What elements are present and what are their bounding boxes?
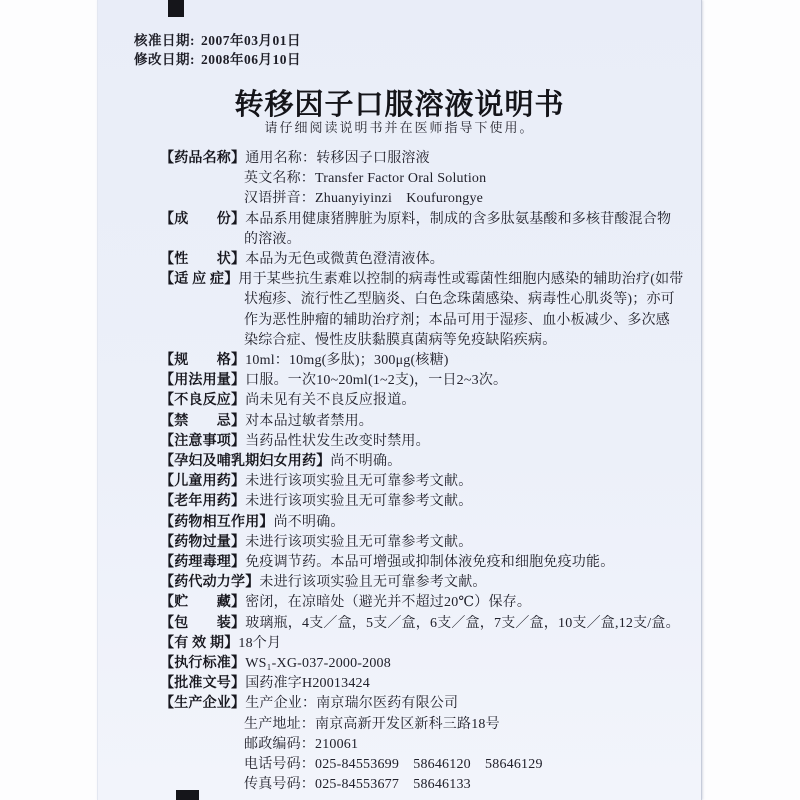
section-label: 【老年用药】 xyxy=(160,494,245,509)
section-pregnancy: 【孕妇及哺乳期妇女用药】尚不明确。 xyxy=(160,452,684,472)
date-block: 核准日期:2007年03月01日 修改日期:2008年06月10日 xyxy=(134,31,301,69)
section-line: 未进行该项实验且无可靠参考文献。 xyxy=(245,474,472,489)
section-line: 英文名称：Transfer Factor Oral Solution xyxy=(244,171,486,186)
section-description: 【性 状】本品为无色或微黄色澄清液体。 xyxy=(160,250,684,270)
section-label: 【适 应 症】 xyxy=(160,272,238,287)
section-geriatric: 【老年用药】未进行该项实验且无可靠参考文献。 xyxy=(160,492,684,512)
sections: 【药品名称】通用名称：转移因子口服溶液英文名称：Transfer Factor … xyxy=(160,149,684,796)
section-label: 【用法用量】 xyxy=(160,373,245,388)
section-pharmacology: 【药理毒理】免疫调节药。本品可增强或抑制体液免疫和细胞免疫功能。 xyxy=(160,553,684,573)
section-line: 本品系用健康猪脾脏为原料，制成的含多肽氨基酸和多核苷酸混合物的溶液。 xyxy=(244,212,671,247)
section-label: 【儿童用药】 xyxy=(160,474,245,489)
section-line: 传真号码：025-84553677 58646133 xyxy=(244,777,471,792)
section-line: 本品为无色或微黄色澄清液体。 xyxy=(245,252,444,267)
section-pediatric: 【儿童用药】未进行该项实验且无可靠参考文献。 xyxy=(160,472,684,492)
section-label: 【包 装】 xyxy=(160,616,245,631)
section-storage: 【贮 藏】密闭，在凉暗处（避光并不超过20℃）保存。 xyxy=(160,593,684,613)
section-line: 未进行该项实验且无可靠参考文献。 xyxy=(245,535,472,550)
section-line: 国药准字H20013424 xyxy=(245,676,370,691)
approval-date-row: 核准日期:2007年03月01日 xyxy=(134,31,301,50)
section-drug-name: 【药品名称】通用名称：转移因子口服溶液英文名称：Transfer Factor … xyxy=(160,149,684,210)
section-line: 尚不明确。 xyxy=(330,454,401,469)
revision-date-row: 修改日期:2008年06月10日 xyxy=(134,50,301,69)
section-line: 免疫调节药。本品可增强或抑制体液免疫和细胞免疫功能。 xyxy=(245,555,614,570)
section-overdose: 【药物过量】未进行该项实验且无可靠参考文献。 xyxy=(160,533,684,553)
section-approval-number: 【批准文号】国药准字H20013424 xyxy=(160,674,684,694)
section-standard: 【执行标准】WS₁-XG-037-2000-2008 xyxy=(160,654,684,674)
section-adverse-reactions: 【不良反应】尚未见有关不良反应报道。 xyxy=(160,391,684,411)
section-label: 【贮 藏】 xyxy=(160,595,245,610)
section-line: WS₁-XG-037-2000-2008 xyxy=(245,656,391,671)
section-line: 口服。一次10~20ml(1~2支)，一日2~3次。 xyxy=(245,373,507,388)
section-line: 当药品性状发生改变时禁用。 xyxy=(245,434,430,449)
section-label: 【药物过量】 xyxy=(160,535,245,550)
page-subtitle: 请仔细阅读说明书并在医师指导下使用。 xyxy=(98,117,701,136)
section-line: 邮政编码：210061 xyxy=(244,737,358,752)
section-label: 【药物相互作用】 xyxy=(160,515,274,530)
section-line: 尚未见有关不良反应报道。 xyxy=(245,393,415,408)
section-line: 密闭，在凉暗处（避光并不超过20℃）保存。 xyxy=(245,595,531,610)
section-line: 对本品过敏者禁用。 xyxy=(245,414,373,429)
section-contraindications: 【禁 忌】对本品过敏者禁用。 xyxy=(160,412,684,432)
approval-date-value: 2007年03月01日 xyxy=(201,31,301,50)
section-label: 【执行标准】 xyxy=(160,656,245,671)
section-label: 【规 格】 xyxy=(160,353,245,368)
section-indications: 【适 应 症】用于某些抗生素难以控制的病毒性或霉菌性细胞内感染的辅助治疗(如带状… xyxy=(160,270,684,351)
section-line: 电话号码：025-84553699 58646120 58646129 xyxy=(244,757,543,772)
section-label: 【药代动力学】 xyxy=(160,575,259,590)
section-label: 【注意事项】 xyxy=(160,434,245,449)
section-label: 【性 状】 xyxy=(160,252,245,267)
section-line: 玻璃瓶，4支／盒，5支／盒，6支／盒，7支／盒，10支／盒,12支/盒。 xyxy=(245,616,680,631)
section-precautions: 【注意事项】当药品性状发生改变时禁用。 xyxy=(160,432,684,452)
revision-date-label: 修改日期: xyxy=(134,50,195,69)
section-line: 未进行该项实验且无可靠参考文献。 xyxy=(245,494,472,509)
section-ingredients: 【成 份】本品系用健康猪脾脏为原料，制成的含多肽氨基酸和多核苷酸混合物的溶液。 xyxy=(160,210,684,250)
section-line: 10ml：10mg(多肽)；300μg(核糖) xyxy=(245,353,448,368)
section-line: 通用名称：转移因子口服溶液 xyxy=(245,151,430,166)
section-line: 尚不明确。 xyxy=(274,515,345,530)
registration-mark-top xyxy=(168,0,184,17)
section-interactions: 【药物相互作用】尚不明确。 xyxy=(160,513,684,533)
section-label: 【药理毒理】 xyxy=(160,555,245,570)
section-manufacturer: 【生产企业】生产企业：南京瑞尔医药有限公司生产地址：南京高新开发区新科三路18号… xyxy=(160,694,684,795)
section-label: 【生产企业】 xyxy=(160,696,245,711)
package-insert-photo: { "page": { "background_color": "#fdfdfe… xyxy=(0,0,800,800)
section-line: 生产地址：南京高新开发区新科三路18号 xyxy=(244,717,500,732)
section-shelf-life: 【有 效 期】18个月 xyxy=(160,634,684,654)
section-pharmacokinetics: 【药代动力学】未进行该项实验且无可靠参考文献。 xyxy=(160,573,684,593)
section-dosage: 【用法用量】口服。一次10~20ml(1~2支)，一日2~3次。 xyxy=(160,371,684,391)
section-label: 【禁 忌】 xyxy=(160,414,245,429)
section-label: 【批准文号】 xyxy=(160,676,245,691)
section-line: 生产企业：南京瑞尔医药有限公司 xyxy=(245,696,458,711)
section-label: 【有 效 期】 xyxy=(160,636,238,651)
approval-date-label: 核准日期: xyxy=(134,31,195,50)
section-label: 【药品名称】 xyxy=(160,151,245,166)
revision-date-value: 2008年06月10日 xyxy=(201,50,301,69)
section-packaging: 【包 装】玻璃瓶，4支／盒，5支／盒，6支／盒，7支／盒，10支／盒,12支/盒… xyxy=(160,614,684,634)
section-line: 18个月 xyxy=(238,636,281,651)
section-line: 未进行该项实验且无可靠参考文献。 xyxy=(259,575,486,590)
insert-paper-sheet: 核准日期:2007年03月01日 修改日期:2008年06月10日 转移因子口服… xyxy=(97,0,702,800)
section-line: 汉语拼音：Zhuanyiyinzi Koufurongye xyxy=(244,191,483,206)
section-strength: 【规 格】10ml：10mg(多肽)；300μg(核糖) xyxy=(160,351,684,371)
section-label: 【孕妇及哺乳期妇女用药】 xyxy=(160,454,330,469)
section-label: 【成 份】 xyxy=(160,212,245,227)
section-label: 【不良反应】 xyxy=(160,393,245,408)
section-line: 用于某些抗生素难以控制的病毒性或霉菌性细胞内感染的辅助治疗(如带状疱疹、流行性乙… xyxy=(238,272,683,348)
